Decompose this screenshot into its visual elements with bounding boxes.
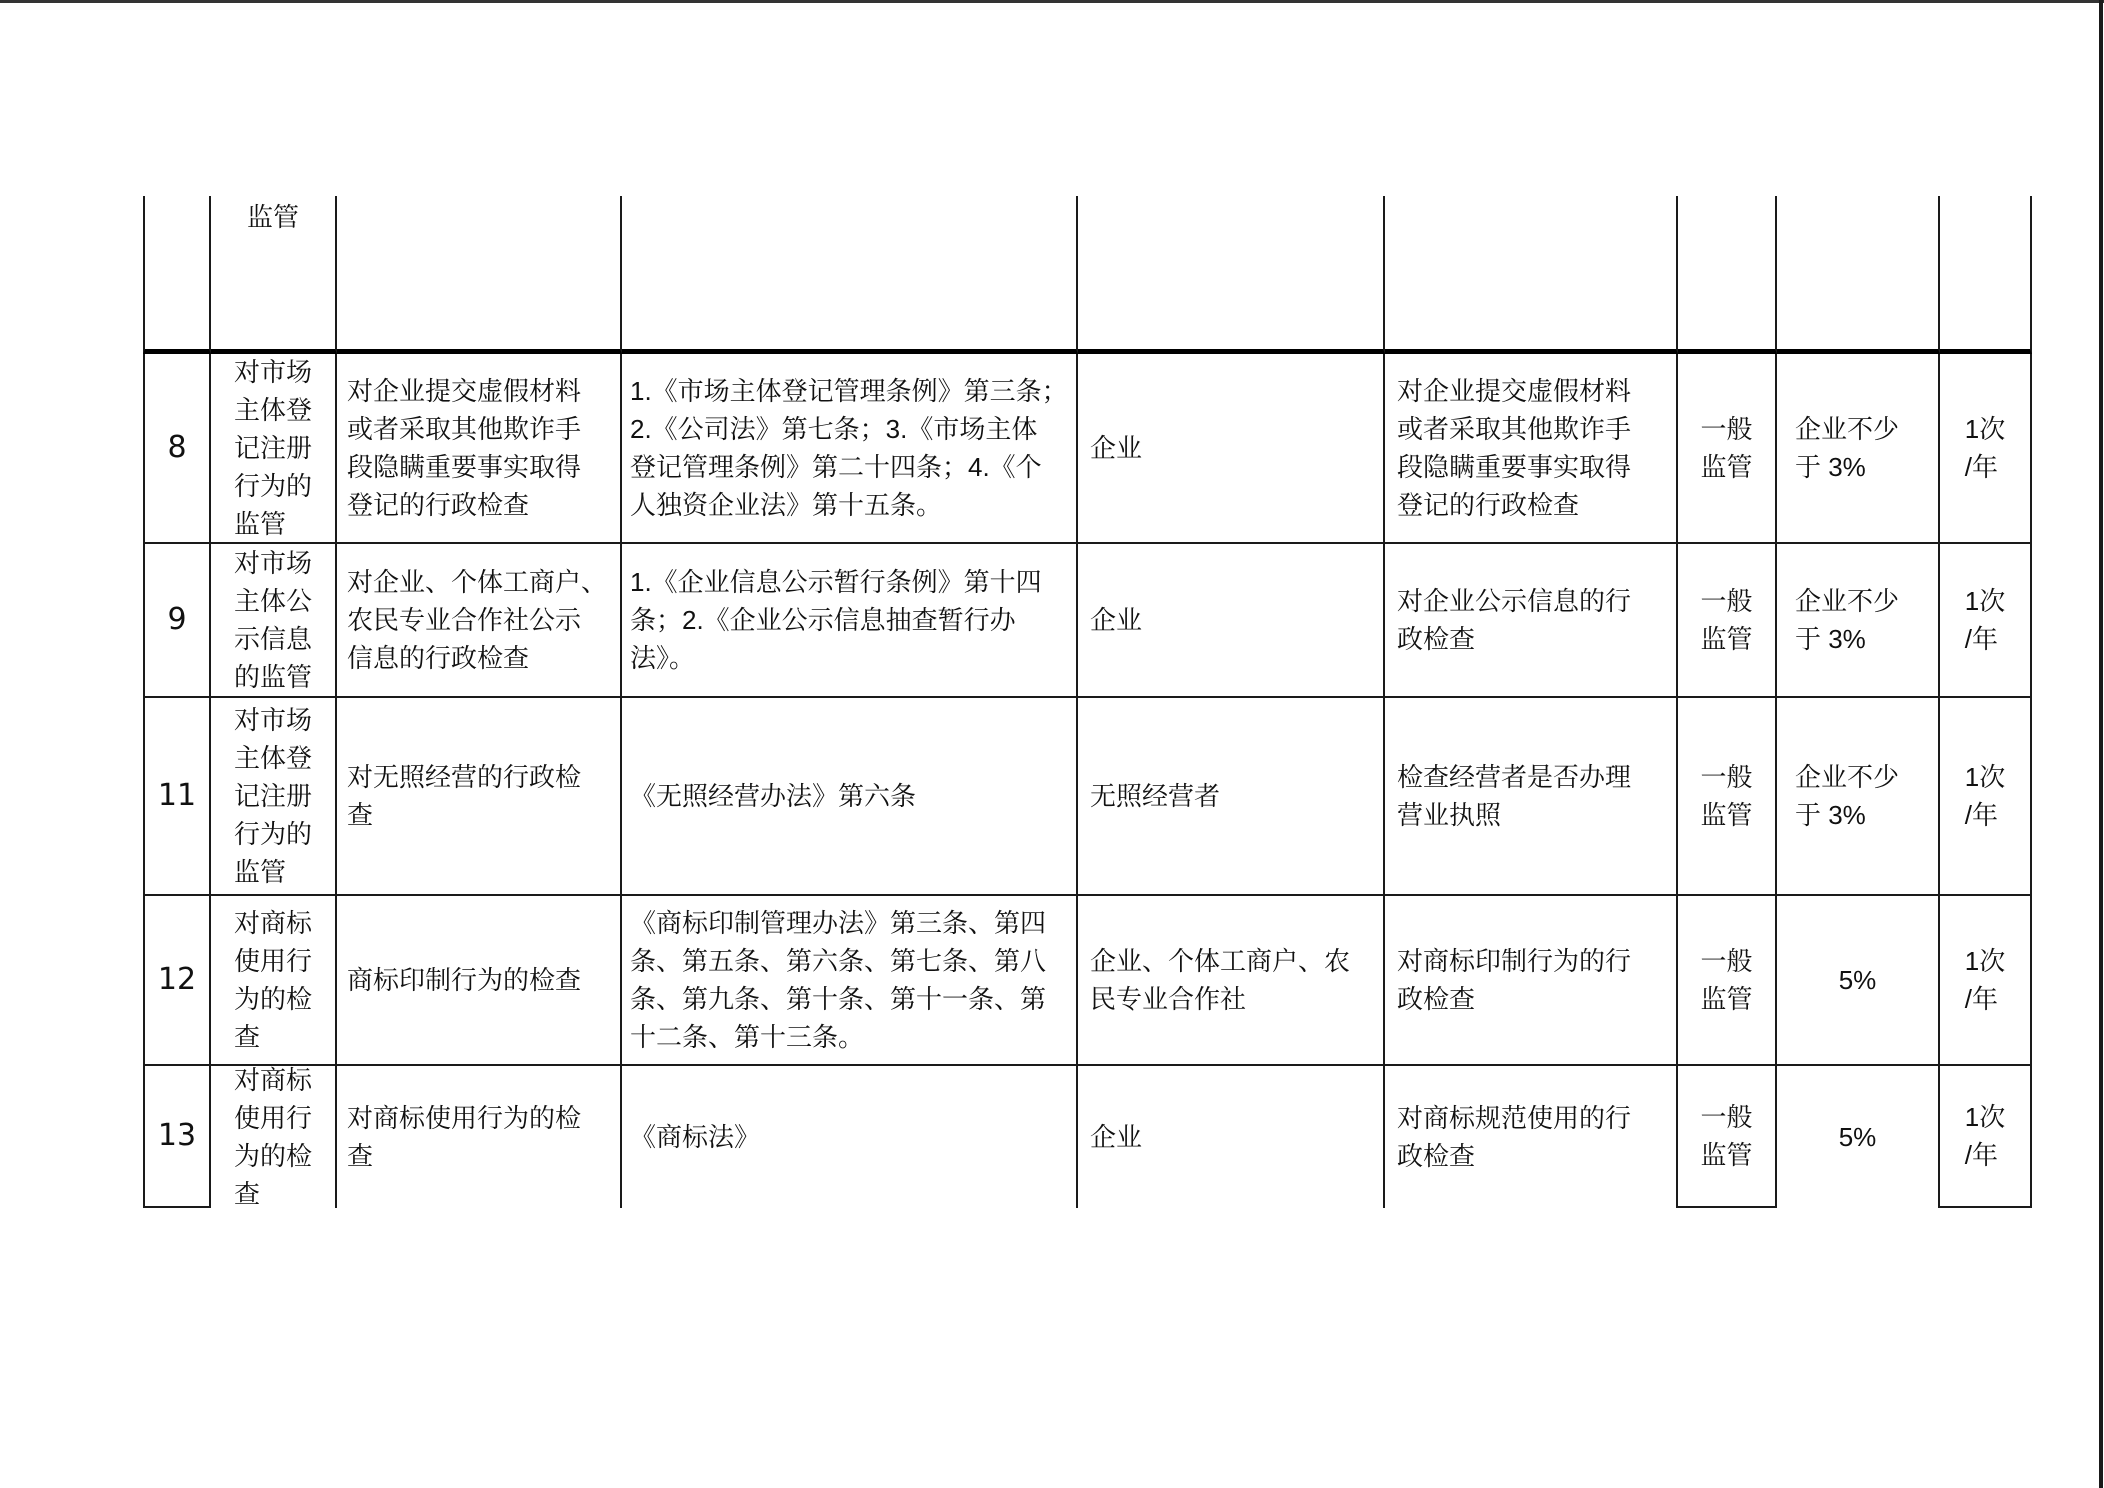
row8-frequency: 1次 /年 [1940, 354, 2032, 544]
row12-target: 企业、个体工商户、农 民专业合作社 [1078, 896, 1385, 1066]
page-right-edge [2099, 0, 2103, 1488]
row12-legal-basis: 《商标印制管理办法》第三条、第四 条、第五条、第六条、第七条、第八 条、第九条、… [622, 896, 1078, 1066]
row11-item: 对无照经营的行政检 查 [337, 698, 622, 896]
page-top-edge [0, 0, 2104, 3]
row11-content: 检查经营者是否办理 营业执照 [1385, 698, 1678, 896]
row8-no: 8 [143, 354, 211, 544]
row13-no: 13 [143, 1066, 211, 1208]
row8-item: 对企业提交虚假材料 或者采取其他欺诈手 段隐瞒重要事实取得 登记的行政检查 [337, 354, 622, 544]
row12-frequency: 1次 /年 [1940, 896, 2032, 1066]
row12-category: 对商标 使用行 为的检 查 [211, 896, 337, 1066]
row9-content: 对企业公示信息的行 政检查 [1385, 544, 1678, 698]
row13-target: 企业 [1078, 1066, 1385, 1208]
row13-ratio: 5% [1777, 1066, 1940, 1208]
row8-target: 企业 [1078, 354, 1385, 544]
row12-item: 商标印制行为的检查 [337, 896, 622, 1066]
row9-legal-basis: 1.《企业信息公示暂行条例》第十四 条；2.《企业公示信息抽查暂行办 法》。 [622, 544, 1078, 698]
row-cont-category: 监管 [211, 196, 337, 354]
row9-no: 9 [143, 544, 211, 698]
row9-target: 企业 [1078, 544, 1385, 698]
row13-content: 对商标规范使用的行 政检查 [1385, 1066, 1678, 1208]
row8-category: 对市场 主体登 记注册 行为的 监管 [211, 354, 337, 544]
row11-legal-basis: 《无照经营办法》第六条 [622, 698, 1078, 896]
row9-frequency: 1次 /年 [1940, 544, 2032, 698]
row-cont-frequency [1940, 196, 2032, 354]
row13-frequency: 1次 /年 [1940, 1066, 2032, 1208]
row9-category: 对市场 主体公 示信息 的监管 [211, 544, 337, 698]
row8-ratio: 企业不少 于 3% [1777, 354, 1940, 544]
row13-category: 对商标 使用行 为的检 查 [211, 1066, 337, 1208]
row13-type: 一般 监管 [1678, 1066, 1777, 1208]
row-cont-content [1385, 196, 1678, 354]
row12-ratio: 5% [1777, 896, 1940, 1066]
inspection-table: 监管 8 对市场 主体登 记注册 行为的 监管 对企业提交虚假材料 或者采取其他… [143, 196, 2032, 1208]
row-cont-no [143, 196, 211, 354]
row11-no: 11 [143, 698, 211, 896]
row11-type: 一般 监管 [1678, 698, 1777, 896]
row8-legal-basis: 1.《市场主体登记管理条例》第三条； 2.《公司法》第七条；3.《市场主体 登记… [622, 354, 1078, 544]
row13-item: 对商标使用行为的检 查 [337, 1066, 622, 1208]
row12-type: 一般 监管 [1678, 896, 1777, 1066]
row-cont-legal-basis [622, 196, 1078, 354]
row11-target: 无照经营者 [1078, 698, 1385, 896]
row11-ratio: 企业不少 于 3% [1777, 698, 1940, 896]
row-cont-ratio [1777, 196, 1940, 354]
row8-content: 对企业提交虚假材料 或者采取其他欺诈手 段隐瞒重要事实取得 登记的行政检查 [1385, 354, 1678, 544]
row12-content: 对商标印制行为的行 政检查 [1385, 896, 1678, 1066]
row13-legal-basis: 《商标法》 [622, 1066, 1078, 1208]
row9-item: 对企业、个体工商户、 农民专业合作社公示 信息的行政检查 [337, 544, 622, 698]
row11-frequency: 1次 /年 [1940, 698, 2032, 896]
row-cont-item [337, 196, 622, 354]
row9-ratio: 企业不少 于 3% [1777, 544, 1940, 698]
row-cont-target [1078, 196, 1385, 354]
row8-type: 一般 监管 [1678, 354, 1777, 544]
row-cont-type [1678, 196, 1777, 354]
row11-category: 对市场 主体登 记注册 行为的 监管 [211, 698, 337, 896]
row9-type: 一般 监管 [1678, 544, 1777, 698]
row12-no: 12 [143, 896, 211, 1066]
